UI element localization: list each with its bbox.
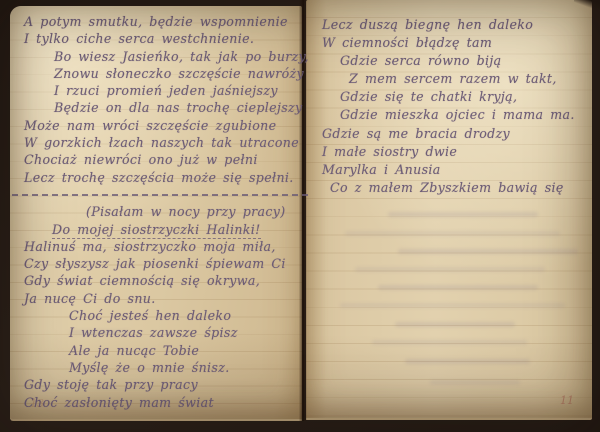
poem-line: A potym smutku, będzie wspomnienie: [24, 13, 302, 30]
ink-show-through: [405, 359, 530, 364]
left-page-handwriting: A potym smutku, będzie wspomnienie I tyl…: [24, 13, 302, 411]
poem-line: W ciemności błądzę tam: [322, 34, 590, 52]
poem-line: Czy słyszysz jak piosenki śpiewam Ci: [24, 255, 302, 272]
poem-line: I małe siostry dwie: [322, 143, 590, 161]
right-page-number: 11: [560, 394, 574, 407]
poem-line: Gdzie serca równo biją: [322, 52, 590, 70]
poem-line: Lecz trochę szczęścia może się spełni.: [24, 169, 302, 186]
poem-line: Gdzie się te chatki kryją,: [322, 88, 590, 106]
ink-show-through: [430, 380, 520, 385]
right-page-handwriting: Lecz duszą biegnę hen daleko W ciemności…: [322, 16, 590, 197]
poem-line: Ale ja nucąc Tobie: [24, 342, 302, 359]
poem-line: Choć jesteś hen daleko: [24, 307, 302, 324]
ink-show-through: [345, 231, 560, 236]
ink-show-through: [395, 322, 515, 327]
dedication-note: (Pisałam w nocy przy pracy): [24, 203, 302, 220]
poem-line: Gdy świat ciemnością się okrywa,: [24, 272, 302, 289]
poem-line: Bo wiesz Jasieńko, tak jak po burzy,: [24, 48, 302, 65]
poem-line: Ja nucę Ci do snu.: [24, 290, 302, 307]
ink-show-through: [378, 285, 538, 290]
poem-line: I wtenczas zawsze śpisz: [24, 324, 302, 341]
poem-line: Może nam wróci szczęście zgubione: [24, 117, 302, 134]
poem-line: Gdzie są me bracia drodzy: [322, 125, 590, 143]
poem-line: Gdy stoję tak przy pracy: [24, 376, 302, 393]
ink-show-through: [372, 340, 527, 345]
poem-line: Gdzie mieszka ojciec i mama ma.: [322, 106, 590, 124]
poem-line: Chociaż niewróci ono już w pełni: [24, 151, 302, 168]
poem-line: Choć zasłonięty mam świat: [24, 394, 302, 411]
ink-show-through: [388, 212, 538, 217]
hand-drawn-separator: [24, 186, 302, 203]
ink-show-through: [340, 303, 565, 308]
poem-line: Lecz duszą biegnę hen daleko: [322, 16, 590, 34]
poem-line: I tylko ciche serca westchnienie.: [24, 30, 302, 47]
ink-show-through: [70, 330, 130, 335]
poem-line: Myślę że o mnie śnisz.: [24, 359, 302, 376]
ink-show-through: [355, 267, 545, 272]
poem-line: Znowu słoneczko szczęście nawróży: [24, 65, 302, 82]
photo-corner-shadow: [574, 0, 600, 10]
ink-show-through: [398, 249, 578, 254]
poem-line: I rzuci promień jeden jaśniejszy: [24, 82, 302, 99]
poem-line: Halinuś ma, siostrzyczko moja miła,: [24, 238, 302, 255]
dedication-title-text: Do mojej siostrzyczki Halinki!: [52, 222, 261, 239]
dedication-title: Do mojej siostrzyczki Halinki!: [24, 221, 302, 238]
poem-line: Będzie on dla nas trochę cieplejszy: [24, 99, 302, 116]
poem-line: W gorzkich łzach naszych tak utracone: [24, 134, 302, 151]
poem-line: Z mem sercem razem w takt,: [322, 70, 590, 88]
poem-line: Marylka i Anusia: [322, 161, 590, 179]
poem-line: Co z małem Zbyszkiem bawią się: [322, 179, 590, 197]
left-page-number: 13: [30, 397, 44, 410]
notebook-photo: A potym smutku, będzie wspomnienie I tyl…: [0, 0, 600, 432]
